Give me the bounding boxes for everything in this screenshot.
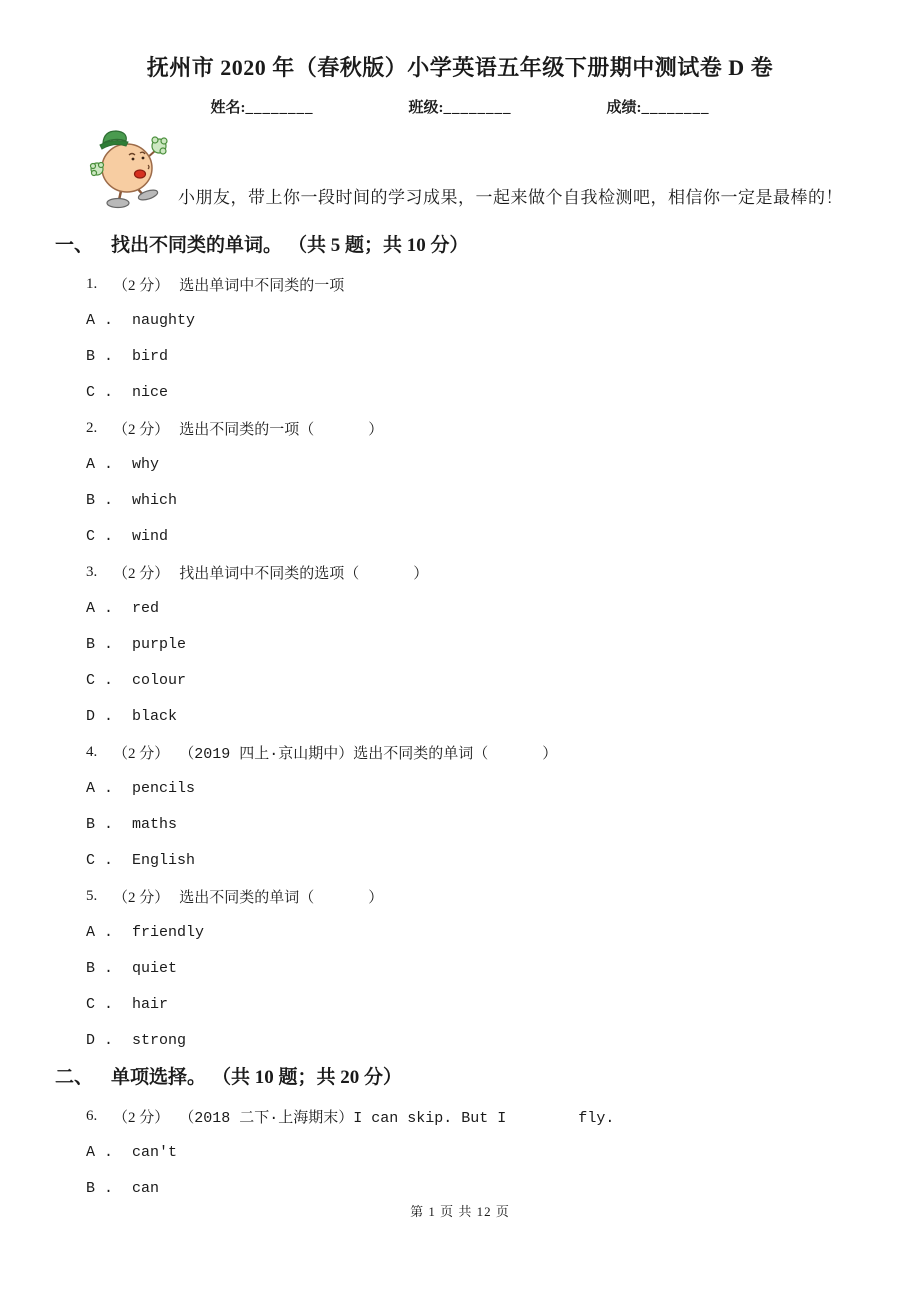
option-marker: A . — [86, 924, 113, 941]
question-score: （2 分） — [113, 274, 169, 295]
option-line: B . purple — [86, 626, 890, 662]
section-2-title: 单项选择。 — [111, 1058, 206, 1098]
option-line: A . friendly — [86, 914, 890, 950]
option-marker: C . — [86, 672, 113, 689]
question-line-5: 5. （2 分） 选出不同类的单词（ ） — [86, 878, 890, 914]
class-field: 班级:________ — [409, 99, 512, 117]
option-line: C . colour — [86, 662, 890, 698]
section-1-meta: （共 5 题；共 10 分） — [288, 226, 469, 266]
question-line-1: 1. （2 分） 选出单词中不同类的一项 — [86, 266, 890, 302]
question-number: 5. — [86, 888, 113, 905]
question-line-3: 3. （2 分） 找出单词中不同类的选项（ ） — [86, 554, 890, 590]
option-text: red — [132, 600, 159, 617]
page-footer: 第 1 页 共 12 页 — [0, 1202, 920, 1222]
option-line: A . naughty — [86, 302, 890, 338]
option-line: A . pencils — [86, 770, 890, 806]
option-line: C . hair — [86, 986, 890, 1022]
option-text: can — [132, 1180, 159, 1197]
option-marker: A . — [86, 600, 113, 617]
question-number: 6. — [86, 1108, 113, 1125]
class-field-label: 班级: — [409, 100, 444, 116]
question-stem: （2019 四上·京山期中）选出不同类的单词（ ） — [179, 742, 557, 763]
question-stem: 找出单词中不同类的选项（ ） — [179, 562, 428, 583]
option-line: C . English — [86, 842, 890, 878]
mascot-kid-icon — [85, 124, 175, 210]
option-line: B . quiet — [86, 950, 890, 986]
option-marker: C . — [86, 384, 113, 401]
option-line: A . why — [86, 446, 890, 482]
name-field: 姓名:________ — [211, 99, 314, 117]
question-score: （2 分） — [113, 1106, 169, 1127]
section-1-title: 找出不同类的单词。 — [111, 226, 282, 266]
option-line: B . maths — [86, 806, 890, 842]
option-line: B . bird — [86, 338, 890, 374]
option-text: friendly — [132, 924, 204, 941]
option-marker: C . — [86, 528, 113, 545]
option-text: can't — [132, 1144, 177, 1161]
option-text: black — [132, 708, 177, 725]
option-text: why — [132, 456, 159, 473]
option-marker: B . — [86, 1180, 113, 1197]
option-marker: A . — [86, 780, 113, 797]
name-field-label: 姓名: — [211, 100, 246, 116]
option-marker: C . — [86, 852, 113, 869]
option-text: colour — [132, 672, 186, 689]
question-line-6: 6. （2 分） （2018 二下·上海期末）I can skip. But I… — [86, 1098, 890, 1134]
option-text: quiet — [132, 960, 177, 977]
question-number: 3. — [86, 564, 113, 581]
option-marker: A . — [86, 1144, 113, 1161]
question-number: 2. — [86, 420, 113, 437]
option-line: B . which — [86, 482, 890, 518]
intro-text: 小朋友，带上你一段时间的学习成果，一起来做个自我检测吧，相信你一定是最棒的！ — [178, 186, 878, 210]
question-score: （2 分） — [113, 418, 169, 439]
option-marker: B . — [86, 636, 113, 653]
option-line: C . wind — [86, 518, 890, 554]
option-text: naughty — [132, 312, 195, 329]
option-text: nice — [132, 384, 168, 401]
option-line: D . black — [86, 698, 890, 734]
option-line: A . can't — [86, 1134, 890, 1170]
option-text: English — [132, 852, 195, 869]
section-2-meta: （共 10 题；共 20 分） — [212, 1058, 402, 1098]
question-stem: 选出不同类的一项（ ） — [179, 418, 383, 439]
option-marker: D . — [86, 708, 113, 725]
question-stem: （2018 二下·上海期末）I can skip. But I fly. — [179, 1106, 614, 1127]
option-text: pencils — [132, 780, 195, 797]
question-line-2: 2. （2 分） 选出不同类的一项（ ） — [86, 410, 890, 446]
question-score: （2 分） — [113, 886, 169, 907]
score-field-blank: ________ — [642, 100, 710, 116]
name-field-blank: ________ — [246, 100, 314, 116]
option-marker: A . — [86, 312, 113, 329]
option-line: A . red — [86, 590, 890, 626]
option-line: D . strong — [86, 1022, 890, 1058]
option-marker: A . — [86, 456, 113, 473]
option-text: strong — [132, 1032, 186, 1049]
option-text: hair — [132, 996, 168, 1013]
question-number: 4. — [86, 744, 113, 761]
section-2-heading: 二、 单项选择。 （共 10 题；共 20 分） — [55, 1058, 890, 1098]
score-field: 成绩:________ — [607, 99, 710, 117]
option-text: maths — [132, 816, 177, 833]
option-line: B . can — [86, 1170, 890, 1206]
option-marker: B . — [86, 960, 113, 977]
section-2-number: 二、 — [55, 1058, 93, 1098]
score-field-label: 成绩: — [607, 100, 642, 116]
option-marker: D . — [86, 1032, 113, 1049]
question-number: 1. — [86, 276, 113, 293]
option-marker: B . — [86, 816, 113, 833]
info-fields-row: 姓名:________ 班级:________ 成绩:________ — [0, 99, 920, 117]
question-stem: 选出单词中不同类的一项 — [179, 274, 344, 295]
option-marker: B . — [86, 348, 113, 365]
class-field-blank: ________ — [444, 100, 512, 116]
option-marker: C . — [86, 996, 113, 1013]
exam-body: 一、 找出不同类的单词。 （共 5 题；共 10 分） 1. （2 分） 选出单… — [86, 226, 890, 1206]
question-line-4: 4. （2 分） （2019 四上·京山期中）选出不同类的单词（ ） — [86, 734, 890, 770]
option-line: C . nice — [86, 374, 890, 410]
section-1-heading: 一、 找出不同类的单词。 （共 5 题；共 10 分） — [55, 226, 890, 266]
page-title: 抚州市 2020 年（春秋版）小学英语五年级下册期中测试卷 D 卷 — [0, 54, 920, 82]
question-score: （2 分） — [113, 742, 169, 763]
section-1-number: 一、 — [55, 226, 93, 266]
option-marker: B . — [86, 492, 113, 509]
question-score: （2 分） — [113, 562, 169, 583]
exam-page: 抚州市 2020 年（春秋版）小学英语五年级下册期中测试卷 D 卷 姓名:___… — [0, 0, 920, 1302]
option-text: bird — [132, 348, 168, 365]
question-stem: 选出不同类的单词（ ） — [179, 886, 383, 907]
option-text: wind — [132, 528, 168, 545]
option-text: purple — [132, 636, 186, 653]
option-text: which — [132, 492, 177, 509]
